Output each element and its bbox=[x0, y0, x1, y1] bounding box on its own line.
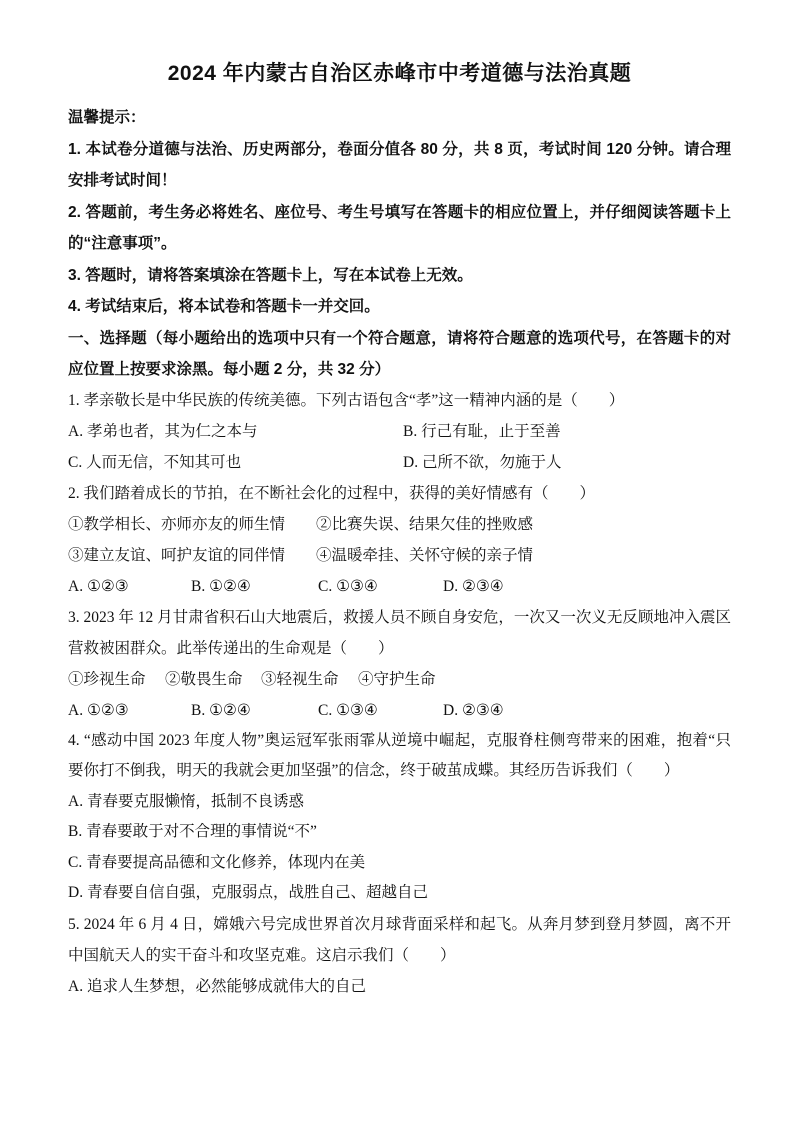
question-stem: 1. 孝亲敬长是中华民族的传统美德。下列古语包含“孝”这一精神内涵的是（ ） bbox=[68, 385, 731, 416]
option-a: A. 青春要克服懒惰，抵制不良诱惑 bbox=[68, 787, 731, 818]
question-3: 3. 2023 年 12 月甘肃省积石山大地震后，救援人员不顾自身安危，一次又一… bbox=[68, 602, 731, 726]
notice-heading: 温馨提示： bbox=[68, 102, 731, 134]
sub-option-1: ①珍视生命 bbox=[68, 664, 165, 695]
notice-item: 1. 本试卷分道德与法治、历史两部分，卷面分值各 80 分，共 8 页，考试时间… bbox=[68, 134, 731, 197]
options-row: A. 孝弟也者，其为仁之本与 B. 行己有耻，止于至善 C. 人而无信，不知其可… bbox=[68, 416, 731, 478]
question-stem: 3. 2023 年 12 月甘肃省积石山大地震后，救援人员不顾自身安危，一次又一… bbox=[68, 602, 731, 664]
sub-option-1: ①教学相长、亦师亦友的师生情 bbox=[68, 509, 316, 540]
option-c: C. 青春要提高品德和文化修养，体现内在美 bbox=[68, 848, 731, 879]
sub-options-row: ①教学相长、亦师亦友的师生情 ②比赛失误、结果欠佳的挫败感 ③建立友谊、呵护友谊… bbox=[68, 509, 731, 571]
exam-title: 2024 年内蒙古自治区赤峰市中考道德与法治真题 bbox=[68, 59, 731, 89]
question-4: 4. “感动中国 2023 年度人物”奥运冠军张雨霏从逆境中崛起，克服脊柱侧弯带… bbox=[68, 726, 731, 909]
notice-item: 2. 答题前，考生务必将姓名、座位号、考生号填写在答题卡的相应位置上，并仔细阅读… bbox=[68, 197, 731, 260]
sub-option-3: ③建立友谊、呵护友谊的同伴情 bbox=[68, 540, 316, 571]
notice-item: 4. 考试结束后，将本试卷和答题卡一并交回。 bbox=[68, 291, 731, 323]
notice-item: 3. 答题时，请将答案填涂在答题卡上，写在本试卷上无效。 bbox=[68, 260, 731, 292]
section-heading: 一、选择题（每小题给出的选项中只有一个符合题意，请将符合题意的选项代号，在答题卡… bbox=[68, 323, 731, 385]
option-d: D. ②③④ bbox=[443, 571, 731, 602]
option-b: B. 行己有耻，止于至善 bbox=[403, 416, 731, 447]
option-d: D. ②③④ bbox=[443, 695, 731, 726]
option-d: D. 青春要自信自强，克服弱点，战胜自己、超越自己 bbox=[68, 878, 731, 909]
option-c: C. ①③④ bbox=[318, 695, 443, 726]
option-d: D. 己所不欲，勿施于人 bbox=[403, 447, 731, 478]
question-stem: 2. 我们踏着成长的节拍，在不断社会化的过程中，获得的美好情感有（ ） bbox=[68, 478, 731, 509]
sub-option-2: ②敬畏生命 bbox=[165, 664, 261, 695]
options-row: A. ①②③ B. ①②④ C. ①③④ D. ②③④ bbox=[68, 571, 731, 602]
sub-option-4: ④温暖牵挂、关怀守候的亲子情 bbox=[316, 540, 731, 571]
question-stem: 5. 2024 年 6 月 4 日，嫦娥六号完成世界首次月球背面采样和起飞。从奔… bbox=[68, 909, 731, 971]
sub-option-4: ④守护生命 bbox=[358, 664, 731, 695]
sub-options-row: ①珍视生命 ②敬畏生命 ③轻视生命 ④守护生命 bbox=[68, 664, 731, 695]
question-5: 5. 2024 年 6 月 4 日，嫦娥六号完成世界首次月球背面采样和起飞。从奔… bbox=[68, 909, 731, 1002]
option-b: B. ①②④ bbox=[191, 571, 318, 602]
option-c: C. ①③④ bbox=[318, 571, 443, 602]
option-a: A. ①②③ bbox=[68, 571, 191, 602]
option-a: A. 孝弟也者，其为仁之本与 bbox=[68, 416, 403, 447]
option-b: B. 青春要敢于对不合理的事情说“不” bbox=[68, 817, 731, 848]
question-stem: 4. “感动中国 2023 年度人物”奥运冠军张雨霏从逆境中崛起，克服脊柱侧弯带… bbox=[68, 726, 731, 787]
option-a: A. ①②③ bbox=[68, 695, 191, 726]
option-a: A. 追求人生梦想，必然能够成就伟大的自己 bbox=[68, 971, 731, 1002]
exam-paper-page: 2024 年内蒙古自治区赤峰市中考道德与法治真题 温馨提示： 1. 本试卷分道德… bbox=[0, 0, 793, 1122]
notice-section: 温馨提示： 1. 本试卷分道德与法治、历史两部分，卷面分值各 80 分，共 8 … bbox=[68, 102, 731, 323]
sub-option-3: ③轻视生命 bbox=[261, 664, 358, 695]
sub-option-2: ②比赛失误、结果欠佳的挫败感 bbox=[316, 509, 731, 540]
options-row: A. ①②③ B. ①②④ C. ①③④ D. ②③④ bbox=[68, 695, 731, 726]
question-2: 2. 我们踏着成长的节拍，在不断社会化的过程中，获得的美好情感有（ ） ①教学相… bbox=[68, 478, 731, 602]
question-1: 1. 孝亲敬长是中华民族的传统美德。下列古语包含“孝”这一精神内涵的是（ ） A… bbox=[68, 385, 731, 478]
option-b: B. ①②④ bbox=[191, 695, 318, 726]
option-c: C. 人而无信，不知其可也 bbox=[68, 447, 403, 478]
